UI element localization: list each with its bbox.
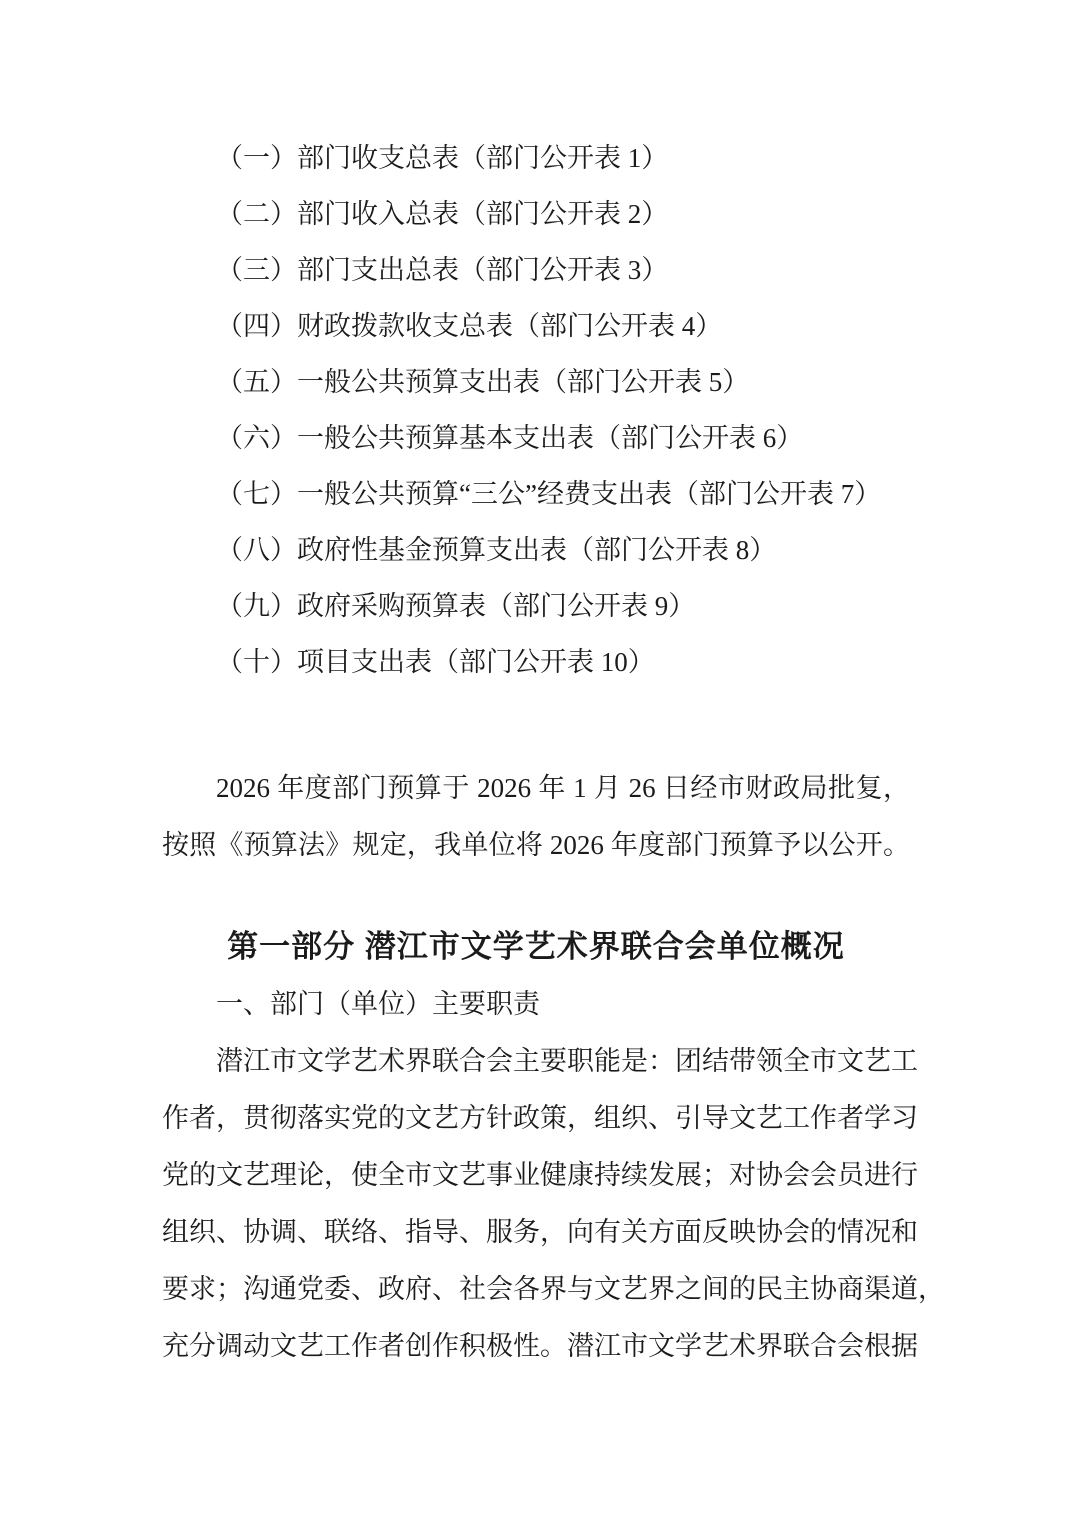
document-page: （一）部门收支总表（部门公开表 1） （二）部门收入总表（部门公开表 2） （三… bbox=[0, 0, 1074, 1520]
subsection-heading: 一、部门（单位）主要职责 bbox=[162, 976, 910, 1033]
table-list-item-4: （四）财政拨款收支总表（部门公开表 4） bbox=[162, 298, 910, 354]
table-list-item-9: （九）政府采购预算表（部门公开表 9） bbox=[162, 578, 910, 634]
table-list-item-2: （二）部门收入总表（部门公开表 2） bbox=[162, 186, 910, 242]
body-paragraph-line-1: 潜江市文学艺术界联合会主要职能是：团结带领全市文艺工 bbox=[162, 1033, 910, 1090]
table-list-item-6: （六）一般公共预算基本支出表（部门公开表 6） bbox=[162, 410, 910, 466]
table-list-item-7: （七）一般公共预算“三公”经费支出表（部门公开表 7） bbox=[162, 466, 910, 522]
section-heading: 第一部分 潜江市文学艺术界联合会单位概况 bbox=[162, 918, 910, 976]
body-paragraph-line-6: 充分调动文艺工作者创作积极性。潜江市文学艺术界联合会根据 bbox=[162, 1318, 910, 1375]
page-content: （一）部门收支总表（部门公开表 1） （二）部门收入总表（部门公开表 2） （三… bbox=[0, 0, 1074, 1375]
table-list: （一）部门收支总表（部门公开表 1） （二）部门收入总表（部门公开表 2） （三… bbox=[162, 130, 910, 690]
body-paragraph-line-5: 要求；沟通党委、政府、社会各界与文艺界之间的民主协商渠道， bbox=[162, 1261, 910, 1318]
table-list-item-8: （八）政府性基金预算支出表（部门公开表 8） bbox=[162, 522, 910, 578]
body-paragraph-line-4: 组织、协调、联络、指导、服务，向有关方面反映协会的情况和 bbox=[162, 1204, 910, 1261]
table-list-item-1: （一）部门收支总表（部门公开表 1） bbox=[162, 130, 910, 186]
intro-paragraph-line-1: 2026 年度部门预算于 2026 年 1 月 26 日经市财政局批复， bbox=[162, 760, 910, 817]
body-paragraph-line-2: 作者，贯彻落实党的文艺方针政策，组织、引导文艺工作者学习 bbox=[162, 1090, 910, 1147]
body-paragraph-line-3: 党的文艺理论，使全市文艺事业健康持续发展；对协会会员进行 bbox=[162, 1147, 910, 1204]
intro-paragraph: 2026 年度部门预算于 2026 年 1 月 26 日经市财政局批复， 按照《… bbox=[162, 760, 910, 874]
table-list-item-5: （五）一般公共预算支出表（部门公开表 5） bbox=[162, 354, 910, 410]
table-list-item-10: （十）项目支出表（部门公开表 10） bbox=[162, 634, 910, 690]
table-list-item-3: （三）部门支出总表（部门公开表 3） bbox=[162, 242, 910, 298]
intro-paragraph-line-2: 按照《预算法》规定，我单位将 2026 年度部门预算予以公开。 bbox=[162, 817, 910, 874]
body-paragraph: 潜江市文学艺术界联合会主要职能是：团结带领全市文艺工 作者，贯彻落实党的文艺方针… bbox=[162, 1033, 910, 1375]
